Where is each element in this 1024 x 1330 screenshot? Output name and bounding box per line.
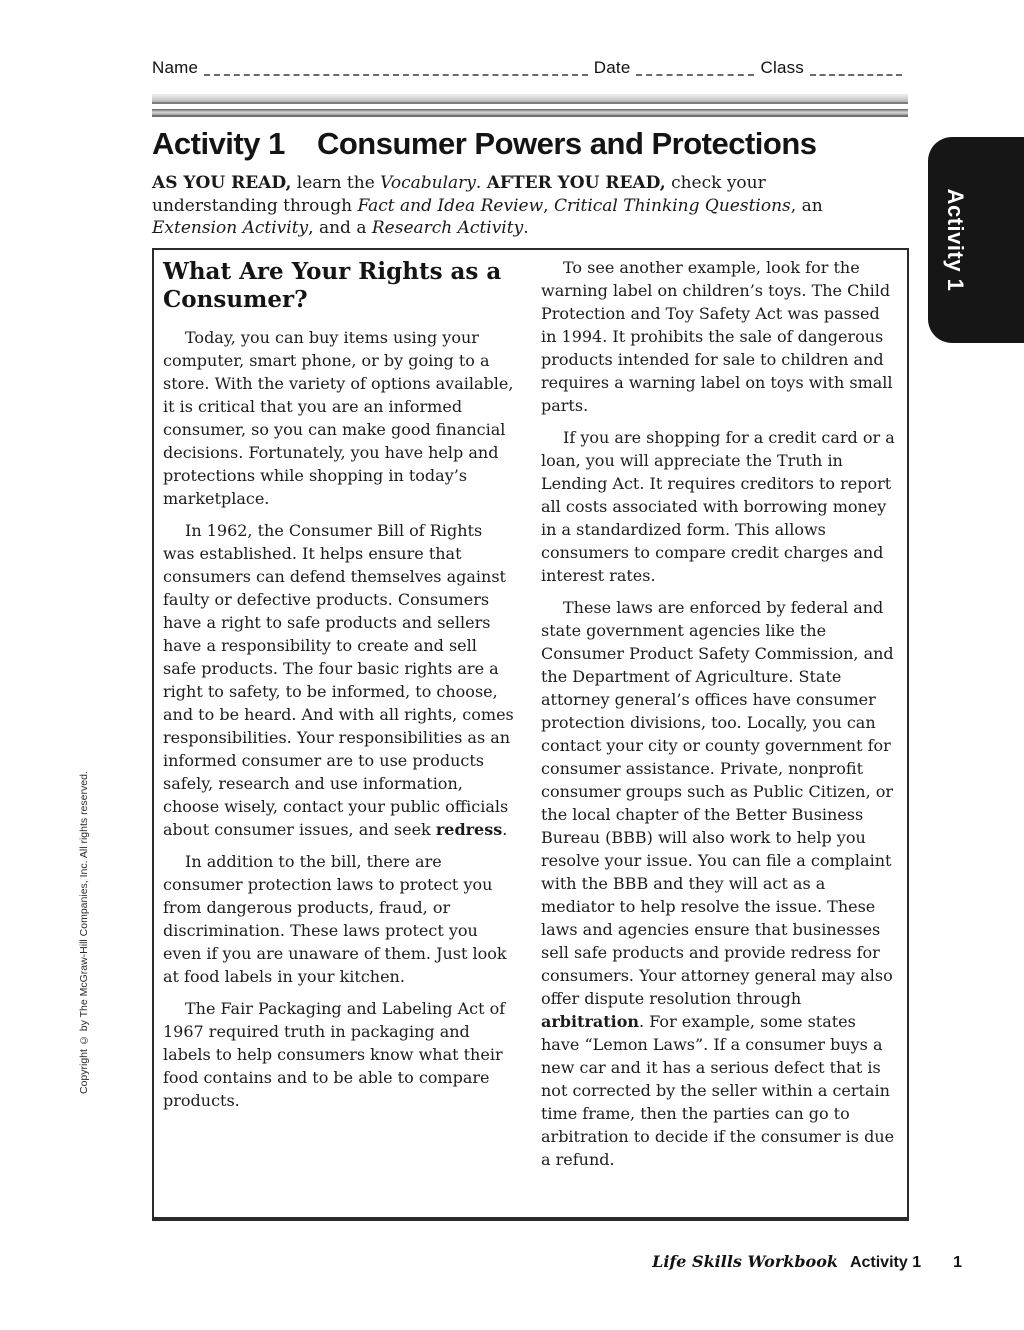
left-paragraph-4: The Fair Packaging and Labeling Act of 1… <box>163 997 515 1112</box>
name-blank-line <box>204 56 588 76</box>
text-segment: In 1962, the Consumer Bill of Rights was… <box>163 521 514 839</box>
article-right-column: To see another example, look for the war… <box>541 256 897 1217</box>
text-segment: . <box>476 173 487 193</box>
footer-book-title: Life Skills Workbook <box>652 1252 838 1271</box>
date-label: Date <box>594 58 631 78</box>
text-segment: Critical Thinking Questions <box>554 196 791 216</box>
text-segment: Research Activity <box>372 218 523 238</box>
activity-side-tab-label: Activity 1 <box>942 189 968 292</box>
date-blank-line <box>636 56 754 76</box>
text-segment: , <box>543 196 554 216</box>
text-segment: AFTER YOU READ, <box>487 173 666 193</box>
right-paragraph-2: If you are shopping for a credit card or… <box>541 426 897 587</box>
gradient-rule-bottom <box>152 109 908 117</box>
text-segment: The Fair Packaging and Labeling Act of 1… <box>163 999 505 1110</box>
article-box: What Are Your Rights as a Consumer? Toda… <box>152 248 909 1221</box>
copyright-notice: Copyright © by The McGraw-Hill Companies… <box>76 778 92 1094</box>
text-segment: . For example, some states have “Lemon L… <box>541 1012 894 1169</box>
page-title-text: Consumer Powers and Protections <box>317 126 817 161</box>
reading-directions: AS YOU READ, learn the Vocabulary. AFTER… <box>152 172 852 240</box>
text-segment: In addition to the bill, there are consu… <box>163 852 507 986</box>
text-segment: arbitration <box>541 1012 639 1031</box>
text-segment: Vocabulary <box>380 173 476 193</box>
article-heading: What Are Your Rights as a Consumer? <box>163 258 515 314</box>
right-paragraph-1: To see another example, look for the war… <box>541 256 897 417</box>
header-fill-in-row: Name Date Class <box>152 56 908 78</box>
text-segment: Fact and Idea Review <box>358 196 544 216</box>
page-footer: Life Skills Workbook Activity 1 1 <box>652 1252 962 1272</box>
gradient-rule-top <box>152 94 908 104</box>
name-label: Name <box>152 58 198 78</box>
text-segment: If you are shopping for a credit card or… <box>541 428 895 585</box>
activity-side-tab: Activity 1 <box>928 137 1024 343</box>
page-title: Activity 1 Consumer Powers and Protectio… <box>152 126 932 162</box>
text-segment: , and a <box>308 218 372 238</box>
text-segment: Extension Activity <box>152 218 308 238</box>
right-paragraph-3: These laws are enforced by federal and s… <box>541 596 897 1171</box>
text-segment: To see another example, look for the war… <box>541 258 893 415</box>
class-blank-line <box>810 56 902 76</box>
text-segment: These laws are enforced by federal and s… <box>541 598 894 1008</box>
text-segment: redress <box>436 820 502 839</box>
left-paragraph-1: Today, you can buy items using your comp… <box>163 326 515 510</box>
footer-activity-label: Activity 1 <box>850 1254 921 1272</box>
page-title-activity-number: Activity 1 <box>152 126 285 161</box>
footer-page-number: 1 <box>953 1254 962 1272</box>
left-paragraph-2: In 1962, the Consumer Bill of Rights was… <box>163 519 515 841</box>
class-label: Class <box>760 58 804 78</box>
article-left-column: What Are Your Rights as a Consumer? Toda… <box>163 256 515 1217</box>
text-segment: learn the <box>291 173 380 193</box>
text-segment: . <box>502 820 507 839</box>
text-segment: . <box>523 218 528 238</box>
text-segment: Today, you can buy items using your comp… <box>163 328 513 508</box>
text-segment: , an <box>791 196 823 216</box>
text-segment: AS YOU READ, <box>152 173 291 193</box>
left-paragraph-3: In addition to the bill, there are consu… <box>163 850 515 988</box>
